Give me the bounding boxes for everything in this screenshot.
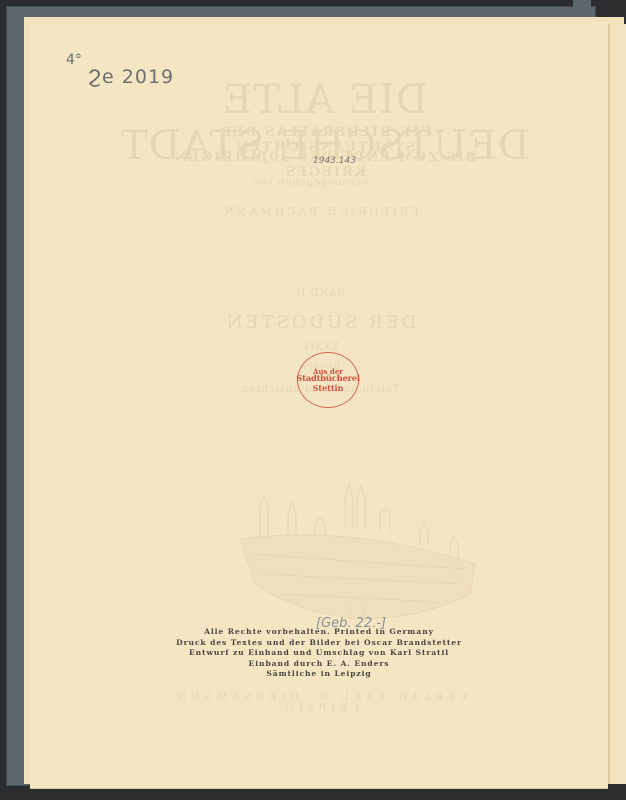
bleed-through-publisher: VERLAG KARL W. HIERSEMANN LEIPZIG <box>130 692 510 714</box>
bleed-through-region: DER SÜDOSTEN <box>190 312 450 333</box>
city-illustration-bleed <box>220 484 480 624</box>
shelf-mark-format: 4° <box>66 52 82 68</box>
imprint-line: Alle Rechte vorbehalten. Printed in Germ… <box>30 627 608 638</box>
bleed-through-volume: BAND II <box>250 288 390 299</box>
shelf-mark-number: Ϩe 2019 <box>88 66 174 88</box>
cover-corner <box>573 0 591 14</box>
imprint-line: Sämtliche in Leipzig <box>30 669 608 680</box>
library-stamp: Aus der Stadtbücherei Stettin <box>297 352 359 408</box>
imprint-block: Alle Rechte vorbehalten. Printed in Germ… <box>30 627 608 680</box>
accession-number: 1943.143 <box>313 156 356 166</box>
bleed-through-small-1: XXXIV <box>250 342 390 353</box>
bleed-through-editor-label: herausgegeben von <box>210 177 410 188</box>
stamp-line-3: Stettin <box>313 384 344 392</box>
scanned-page-view: DIE ALTE DEUTSCHE STADT EIN BILDERATLAS … <box>0 0 626 800</box>
book-page: DIE ALTE DEUTSCHE STADT EIN BILDERATLAS … <box>30 22 608 788</box>
next-page-edge <box>608 24 626 784</box>
imprint-line: Entwurf zu Einband und Umschlag von Karl… <box>30 648 608 659</box>
imprint-line: Einband durch E. A. Enders <box>30 659 608 670</box>
bleed-through-author: FRIEDRICH BACHMANN <box>195 205 445 218</box>
imprint-line: Druck des Textes und der Bilder bei Osca… <box>30 638 608 649</box>
